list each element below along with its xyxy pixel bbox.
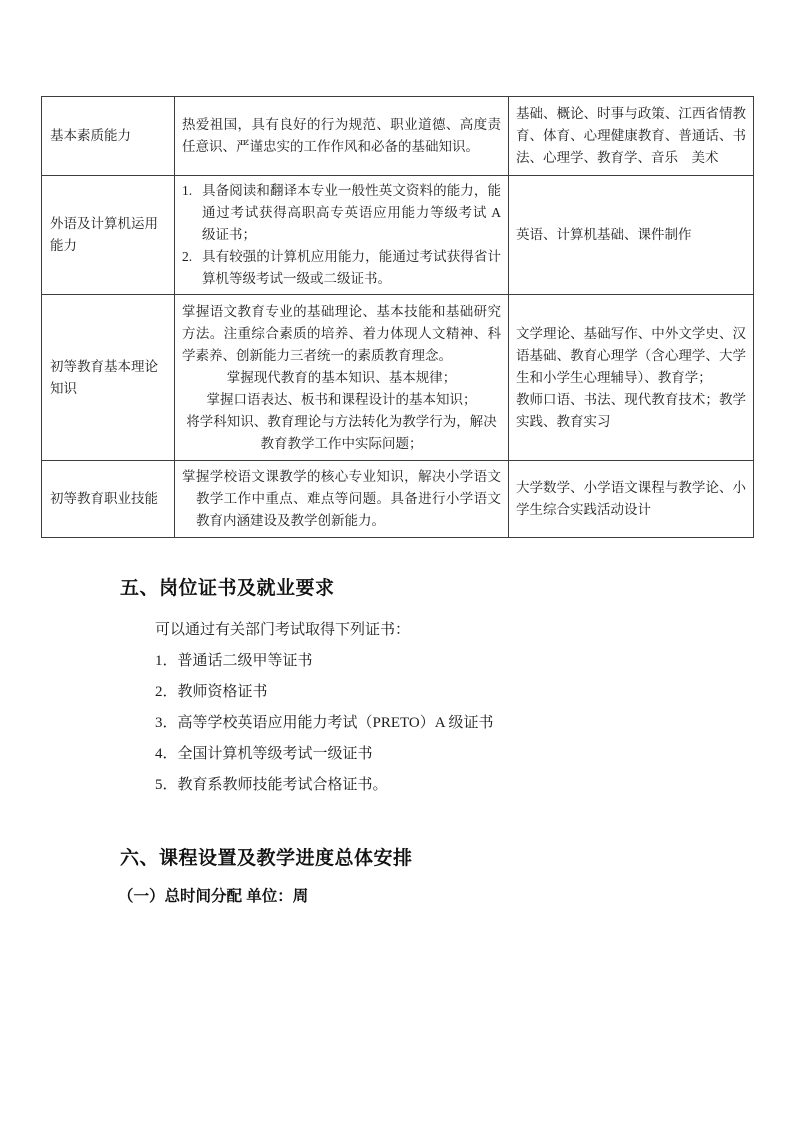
table-row-basic-quality: 基本素质能力 热爱祖国，具有良好的行为规范、职业道德、高度责任意识、严谨忠实的工… xyxy=(42,97,754,176)
numbered-item: 1. 具备阅读和翻译本专业一般性英文资料的能力，能通过考试获得高职高专英语应用能… xyxy=(182,180,501,246)
courses-cell: 大学数学、小学语文课程与教学论、小学生综合实践活动设计 xyxy=(509,461,754,538)
ability-table: 基本素质能力 热爱祖国，具有良好的行为规范、职业道德、高度责任意识、严谨忠实的工… xyxy=(41,96,754,538)
certificate-item: 5．教育系教师技能考试合格证书。 xyxy=(155,775,494,795)
category-cell: 初等教育基本理论知识 xyxy=(42,295,175,461)
section-6-heading: 六、课程设置及教学进度总体安排 xyxy=(120,843,413,870)
section-5-heading: 五、岗位证书及就业要求 xyxy=(120,573,335,600)
item-text: 具有较强的计算机应用能力，能通过考试获得省计算机等级考试一级或二级证书。 xyxy=(202,246,501,290)
certificate-item: 4．全国计算机等级考试一级证书 xyxy=(155,744,494,764)
category-cell: 初等教育职业技能 xyxy=(42,461,175,538)
certificate-item: 3．高等学校英语应用能力考试（PRETO）A 级证书 xyxy=(155,713,494,733)
table-row-basic-theory: 初等教育基本理论知识 掌握语文教育专业的基础理论、基本技能和基础研究方法。注重综… xyxy=(42,295,754,461)
category-cell: 基本素质能力 xyxy=(42,97,175,176)
courses-text: 教师口语、书法、现代教育技术；教学实践、教育实习 xyxy=(516,389,746,433)
description-paragraph: 掌握语文教育专业的基础理论、基本技能和基础研究方法。注重综合素质的培养、着力体现… xyxy=(182,301,501,367)
description-paragraph: 掌握口语表达、板书和课程设计的基本知识； xyxy=(182,389,501,411)
description-cell: 热爱祖国，具有良好的行为规范、职业道德、高度责任意识、严谨忠实的工作作风和必备的… xyxy=(175,97,509,176)
courses-cell: 文学理论、基础写作、中外文学史、汉语基础、教育心理学（含心理学、大学生和小学生心… xyxy=(509,295,754,461)
courses-text: 大学数学、小学语文课程与教学论、小学生综合实践活动设计 xyxy=(516,477,746,521)
description-paragraph: 掌握学校语文课教学的核心专业知识，解决小学语文教学工作中重点、难点等问题。具备进… xyxy=(182,466,501,532)
item-text: 具备阅读和翻译本专业一般性英文资料的能力，能通过考试获得高职高专英语应用能力等级… xyxy=(202,180,501,246)
description-paragraph: 热爱祖国，具有良好的行为规范、职业道德、高度责任意识、严谨忠实的工作作风和必备的… xyxy=(182,114,501,158)
courses-cell: 英语、计算机基础、课件制作 xyxy=(509,176,754,295)
courses-text: 文学理论、基础写作、中外文学史、汉语基础、教育心理学（含心理学、大学生和小学生心… xyxy=(516,323,746,389)
certificate-item: 1．普通话二级甲等证书 xyxy=(155,651,494,671)
certificates-intro: 可以通过有关部门考试取得下列证书： xyxy=(155,620,410,640)
item-number: 2. xyxy=(182,246,202,290)
certificate-list: 1．普通话二级甲等证书 2．教师资格证书 3．高等学校英语应用能力考试（PRET… xyxy=(155,651,494,806)
description-cell: 掌握学校语文课教学的核心专业知识，解决小学语文教学工作中重点、难点等问题。具备进… xyxy=(175,461,509,538)
certificate-item: 2．教师资格证书 xyxy=(155,682,494,702)
description-paragraph: 将学科知识、教育理论与方法转化为教学行为，解决教育教学工作中实际问题； xyxy=(182,411,501,455)
courses-text: 英语、计算机基础、课件制作 xyxy=(516,224,746,246)
description-cell: 掌握语文教育专业的基础理论、基本技能和基础研究方法。注重综合素质的培养、着力体现… xyxy=(175,295,509,461)
table-row-vocational-skill: 初等教育职业技能 掌握学校语文课教学的核心专业知识，解决小学语文教学工作中重点、… xyxy=(42,461,754,538)
table-row-language-computer: 外语及计算机运用能力 1. 具备阅读和翻译本专业一般性英文资料的能力，能通过考试… xyxy=(42,176,754,295)
description-cell: 1. 具备阅读和翻译本专业一般性英文资料的能力，能通过考试获得高职高专英语应用能… xyxy=(175,176,509,295)
courses-cell: 基础、概论、时事与政策、江西省情教育、体育、心理健康教育、普通话、书法、心理学、… xyxy=(509,97,754,176)
document-page: 基本素质能力 热爱祖国，具有良好的行为规范、职业道德、高度责任意识、严谨忠实的工… xyxy=(0,0,793,1122)
section-6-subheading: （一）总时间分配 单位：周 xyxy=(118,884,308,906)
description-paragraph: 掌握现代教育的基本知识、基本规律； xyxy=(182,367,501,389)
category-cell: 外语及计算机运用能力 xyxy=(42,176,175,295)
numbered-item: 2. 具有较强的计算机应用能力，能通过考试获得省计算机等级考试一级或二级证书。 xyxy=(182,246,501,290)
courses-text: 基础、概论、时事与政策、江西省情教育、体育、心理健康教育、普通话、书法、心理学、… xyxy=(516,103,746,169)
item-number: 1. xyxy=(182,180,202,246)
